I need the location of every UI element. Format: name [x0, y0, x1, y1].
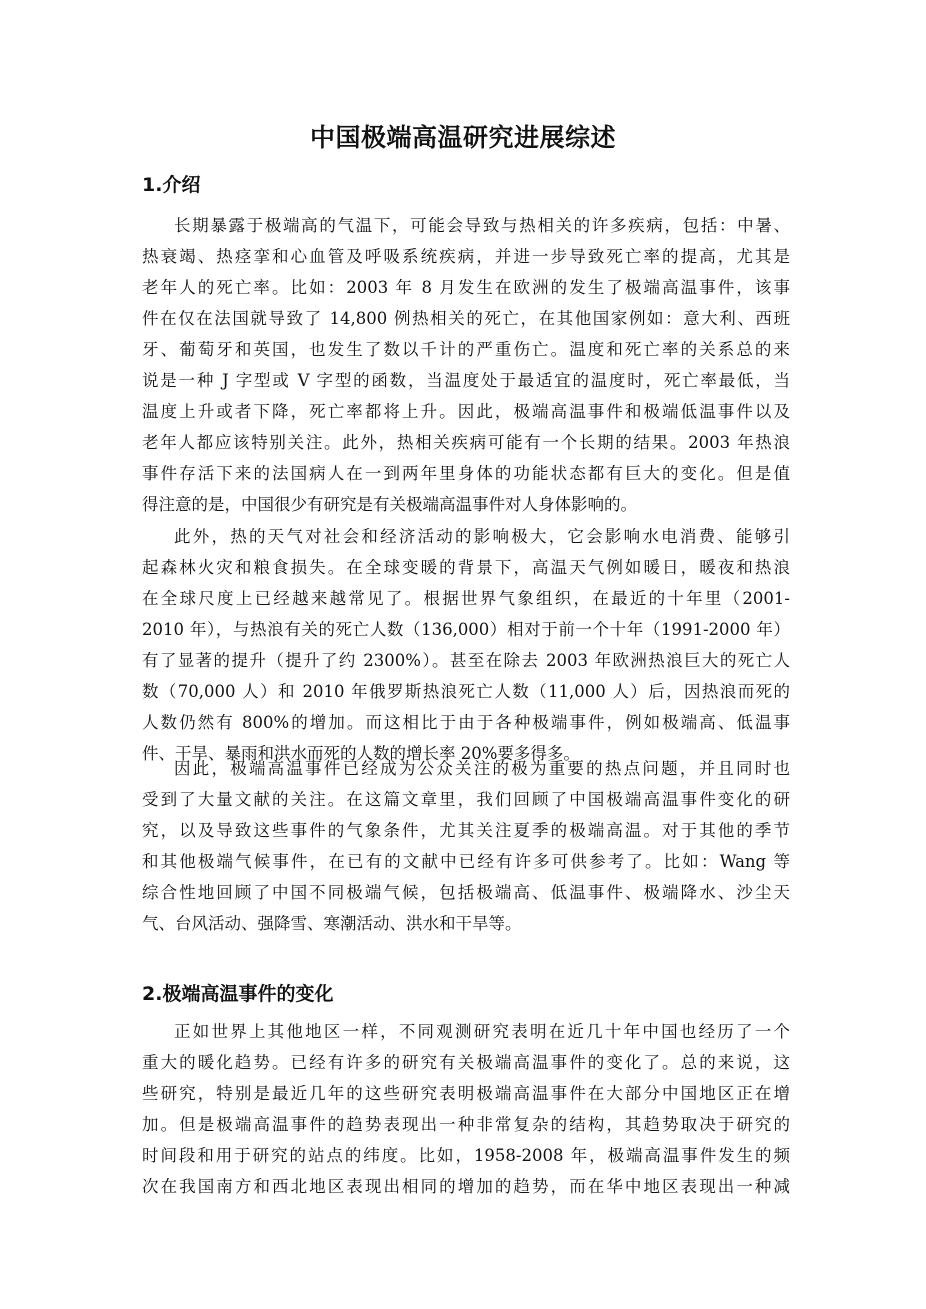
- text-line: 综合性地回顾了中国不同极端气候，包括极端高、低温事件、极端降水、沙尘天: [142, 877, 790, 908]
- text-line: 说是一种 J 字型或 V 字型的函数，当温度处于最适宜的温度时，死亡率最低，当: [142, 365, 790, 396]
- text-line: 数（70,000 人）和 2010 年俄罗斯热浪死亡人数（11,000 人）后，…: [142, 676, 790, 707]
- document-title: 中国极端高温研究进展综述: [0, 118, 926, 158]
- text-line: 得注意的是，中国很少有研究是有关极端高温事件对人身体影响的。: [142, 489, 790, 520]
- text-line: 2010 年），与热浪有关的死亡人数（136,000）相对于前一个十年（1991…: [142, 614, 790, 645]
- section-heading-introduction: 1.介绍: [142, 170, 200, 200]
- paragraph-warming-trend: 正如世界上其他地区一样，不同观测研究表明在近几十年中国也经历了一个 重大的暖化趋…: [142, 1016, 790, 1202]
- text-line: 时间段和用于研究的站点的纬度。比如，1958-2008 年，极端高温事件发生的频: [142, 1140, 790, 1171]
- text-line: 此外，热的天气对社会和经济活动的影响极大，它会影响水电消费、能够引: [142, 521, 790, 552]
- text-line: 长期暴露于极端高的气温下，可能会导致与热相关的许多疾病，包括：中暑、: [142, 210, 790, 241]
- text-line: 件在仅在法国就导致了 14,800 例热相关的死亡，在其他国家例如：意大利、西班: [142, 303, 790, 334]
- text-line: 在全球尺度上已经越来越常见了。根据世界气象组织，在最近的十年里（2001-: [142, 583, 790, 614]
- paragraph-health-impacts: 长期暴露于极端高的气温下，可能会导致与热相关的许多疾病，包括：中暑、 热衰竭、热…: [142, 210, 790, 520]
- paragraph-review-scope: 因此，极端高温事件已经成为公众关注的极为重要的热点问题，并且同时也 受到了大量文…: [142, 753, 790, 939]
- document-page: 中国极端高温研究进展综述 1.介绍 长期暴露于极端高的气温下，可能会导致与热相关…: [0, 0, 926, 1309]
- text-line: 有了显著的提升（提升了约 2300%）。甚至在除去 2003 年欧洲热浪巨大的死…: [142, 645, 790, 676]
- text-line: 加。但是极端高温事件的趋势表现出一种非常复杂的结构，其趋势取决于研究的: [142, 1109, 790, 1140]
- text-line: 正如世界上其他地区一样，不同观测研究表明在近几十年中国也经历了一个: [142, 1016, 790, 1047]
- text-line: 起森林火灾和粮食损失。在全球变暖的背景下，高温天气例如暖日，暖夜和热浪: [142, 552, 790, 583]
- text-line: 温度上升或者下降，死亡率都将上升。因此，极端高温事件和极端低温事件以及: [142, 396, 790, 427]
- text-line: 受到了大量文献的关注。在这篇文章里，我们回顾了中国极端高温事件变化的研: [142, 784, 790, 815]
- text-line: 究，以及导致这些事件的气象条件，尤其关注夏季的极端高温。对于其他的季节: [142, 815, 790, 846]
- text-line: 事件存活下来的法国病人在一到两年里身体的功能状态都有巨大的变化。但是值: [142, 458, 790, 489]
- section-heading-changes: 2.极端高温事件的变化: [142, 979, 333, 1009]
- text-line: 重大的暖化趋势。已经有许多的研究有关极端高温事件的变化了。总的来说，这: [142, 1047, 790, 1078]
- text-line: 老年人的死亡率。比如：2003 年 8 月发生在欧洲的发生了极端高温事件，该事: [142, 272, 790, 303]
- text-line: 老年人都应该特别关注。此外，热相关疾病可能有一个长期的结果。2003 年热浪: [142, 427, 790, 458]
- text-line: 气、台风活动、强降雪、寒潮活动、洪水和干旱等。: [142, 908, 790, 939]
- text-line: 和其他极端气候事件，在已有的文献中已经有许多可供参考了。比如：Wang 等: [142, 846, 790, 877]
- text-line: 次在我国南方和西北地区表现出相同的增加的趋势，而在华中地区表现出一种减: [142, 1171, 790, 1202]
- text-line: 因此，极端高温事件已经成为公众关注的极为重要的热点问题，并且同时也: [142, 753, 790, 784]
- text-line: 些研究，特别是最近几年的这些研究表明极端高温事件在大部分中国地区正在增: [142, 1078, 790, 1109]
- text-line: 热衰竭、热痉挛和心血管及呼吸系统疾病，并进一步导致死亡率的提高，尤其是: [142, 241, 790, 272]
- paragraph-socioeconomic-impacts: 此外，热的天气对社会和经济活动的影响极大，它会影响水电消费、能够引 起森林火灾和…: [142, 521, 790, 769]
- text-line: 牙、葡萄牙和英国，也发生了数以千计的严重伤亡。温度和死亡率的关系总的来: [142, 334, 790, 365]
- text-line: 人数仍然有 800%的增加。而这相比于由于各种极端事件，例如极端高、低温事: [142, 707, 790, 738]
